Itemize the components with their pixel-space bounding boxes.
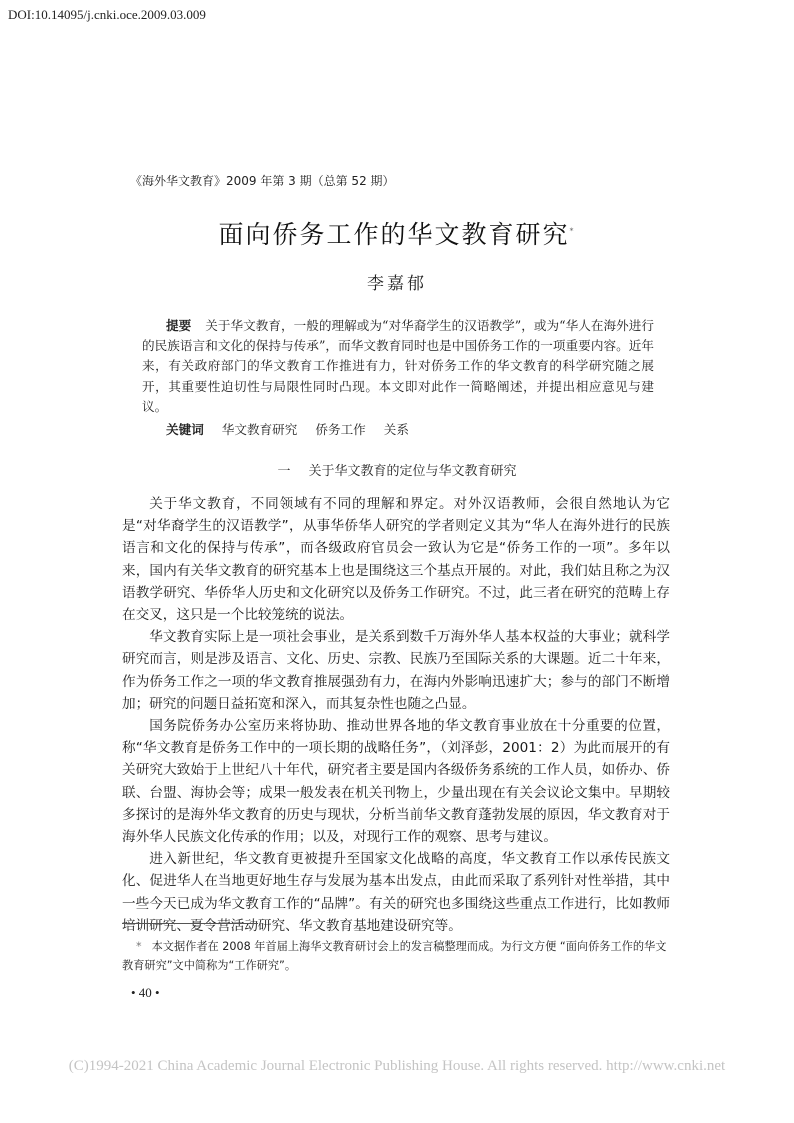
- abstract-text: 关于华文教育，一般的理解或为“对华裔学生的汉语教学”，或为“华人在海外进行的民族…: [142, 318, 654, 414]
- keyword: 侨务工作: [315, 422, 365, 437]
- keywords: 关键词 华文教育研究 侨务工作 关系: [166, 419, 423, 438]
- footnote-mark: *: [136, 940, 142, 953]
- section-number: 一: [277, 464, 290, 479]
- footnote-divider: [122, 923, 258, 924]
- article-title: 面向侨务工作的华文教育研究*: [0, 215, 794, 251]
- title-text: 面向侨务工作的华文教育研究: [218, 220, 569, 249]
- paragraph: 华文教育实际上是一项社会事业，是关系到数千万海外华人基本权益的大事业；就科学研究…: [122, 626, 670, 715]
- keyword: 关系: [384, 422, 409, 437]
- body-text: 关于华文教育，不同领域有不同的理解和界定。对外汉语教师，会很自然地认为它是“对华…: [122, 493, 670, 937]
- title-footnote-mark: *: [570, 227, 576, 236]
- paragraph: 关于华文教育，不同领域有不同的理解和界定。对外汉语教师，会很自然地认为它是“对华…: [122, 493, 670, 626]
- footnote: *本文据作者在 2008 年首届上海华文教育研讨会上的发言稿整理而成。为行文方便…: [122, 937, 670, 975]
- page-number: • 40 •: [131, 985, 160, 1001]
- abstract-label: 提要: [166, 318, 191, 333]
- author-name: 李嘉郁: [0, 269, 794, 294]
- paragraph: 国务院侨务办公室历来将协助、推动世界各地的华文教育事业放在十分重要的位置，称“华…: [122, 715, 670, 848]
- abstract: 提要关于华文教育，一般的理解或为“对华裔学生的汉语教学”，或为“华人在海外进行的…: [142, 316, 654, 417]
- journal-citation: 《海外华文教育》2009 年第 3 期（总第 52 期）: [130, 172, 395, 189]
- section-heading: 一关于华文教育的定位与华文教育研究: [0, 460, 794, 479]
- footnote-text: 本文据作者在 2008 年首届上海华文教育研讨会上的发言稿整理而成。为行文方便 …: [122, 940, 666, 972]
- copyright-watermark: (C)1994-2021 China Academic Journal Elec…: [0, 1058, 794, 1075]
- keywords-label: 关键词: [166, 422, 204, 437]
- doi-line: DOI:10.14095/j.cnki.oce.2009.03.009: [8, 7, 206, 23]
- section-title: 关于华文教育的定位与华文教育研究: [309, 464, 517, 479]
- keyword: 华文教育研究: [222, 422, 298, 437]
